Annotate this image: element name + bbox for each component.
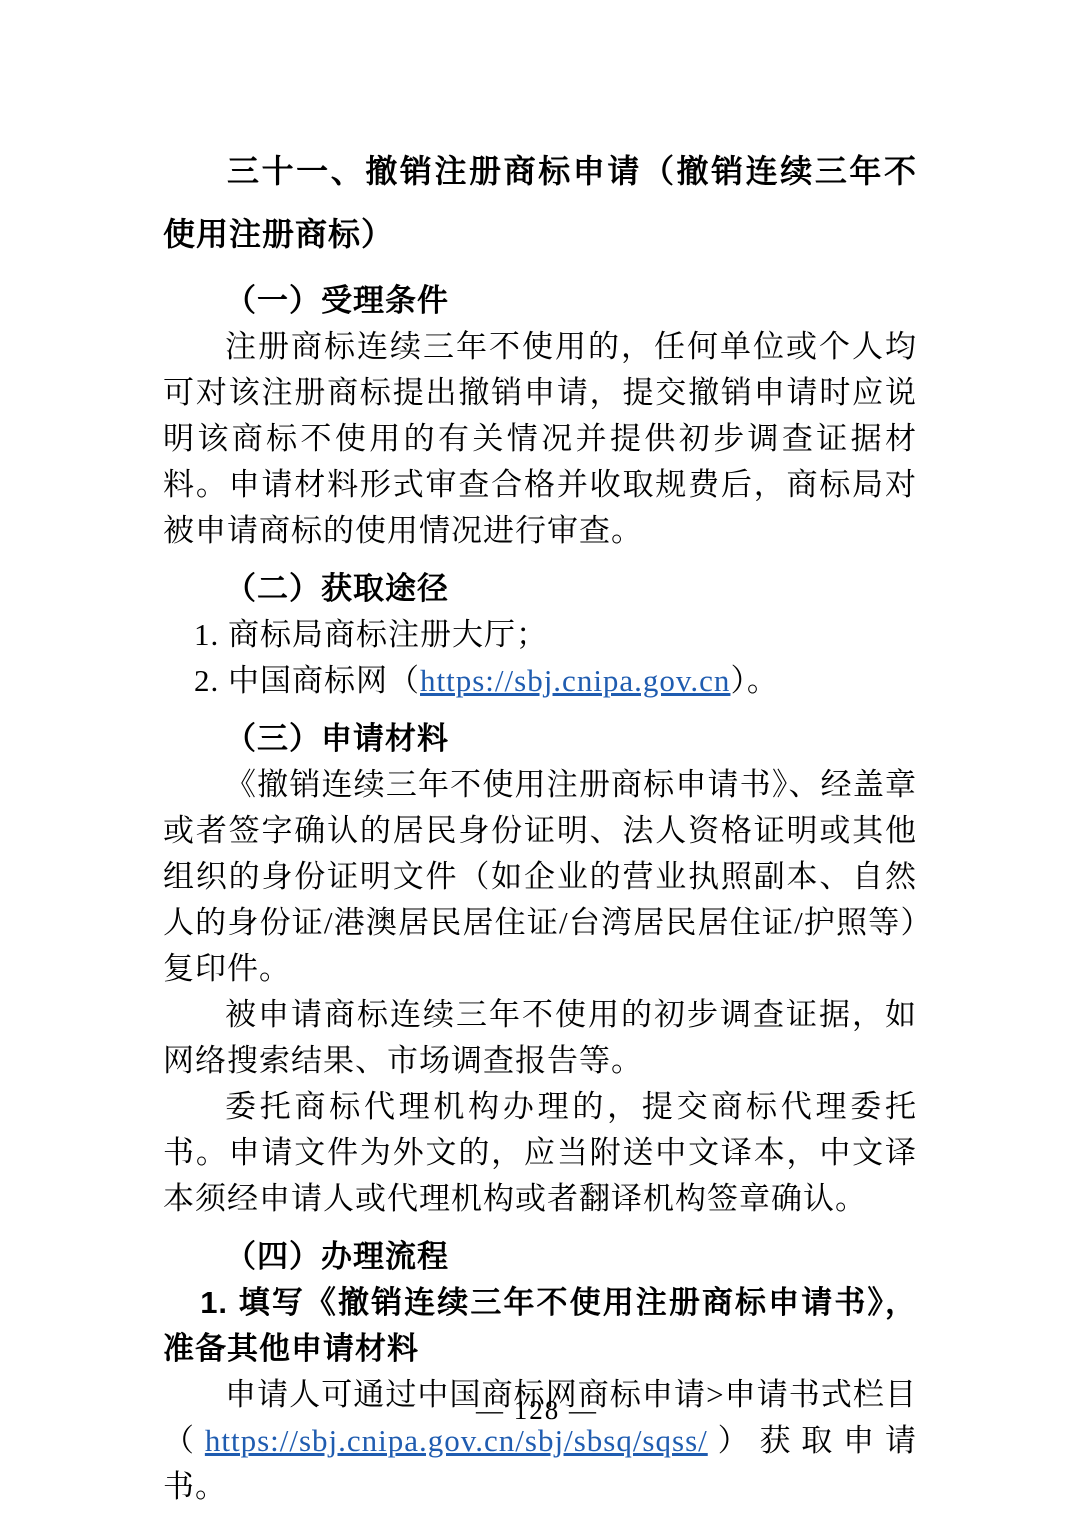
document-title: 三十一、撤销注册商标申请（撤销连续三年不使用注册商标）	[163, 140, 917, 266]
list-item-prefix: 2. 中国商标网（	[194, 663, 420, 698]
section-processing-procedure: （四）办理流程 1. 填写《撤销连续三年不使用注册商标申请书》，准备其他申请材料…	[163, 1234, 917, 1510]
page-number: — 128 —	[0, 1390, 1074, 1430]
section-heading-processing-procedure: （四）办理流程	[163, 1234, 917, 1280]
list-item-suffix: ）。	[730, 663, 779, 698]
section-heading-obtain-channels: （二）获取途径	[163, 566, 917, 612]
section-acceptance-conditions: （一）受理条件 注册商标连续三年不使用的，任何单位或个人均可对该注册商标提出撤销…	[163, 278, 917, 554]
section-heading-acceptance-conditions: （一）受理条件	[163, 278, 917, 324]
paragraph-preliminary-evidence: 被申请商标连续三年不使用的初步调查证据，如网络搜索结果、市场调查报告等。	[163, 992, 917, 1084]
paragraph-required-documents: 《撤销连续三年不使用注册商标申请书》、经盖章或者签字确认的居民身份证明、法人资格…	[163, 762, 917, 992]
document-page: 三十一、撤销注册商标申请（撤销连续三年不使用注册商标） （一）受理条件 注册商标…	[0, 0, 1074, 1520]
paragraph-agency-and-translation: 委托商标代理机构办理的，提交商标代理委托书。申请文件为外文的，应当附送中文译本，…	[163, 1084, 917, 1222]
section-application-materials: （三）申请材料 《撤销连续三年不使用注册商标申请书》、经盖章或者签字确认的居民身…	[163, 716, 917, 1222]
trademark-site-link[interactable]: https://sbj.cnipa.gov.cn	[420, 663, 730, 698]
list-item-trademark-hall: 1. 商标局商标注册大厅；	[163, 612, 917, 658]
section-obtain-channels: （二）获取途径 1. 商标局商标注册大厅； 2. 中国商标网（https://s…	[163, 566, 917, 704]
list-item-trademark-website: 2. 中国商标网（https://sbj.cnipa.gov.cn）。	[163, 658, 917, 704]
section-heading-application-materials: （三）申请材料	[163, 716, 917, 762]
paragraph-acceptance-conditions: 注册商标连续三年不使用的，任何单位或个人均可对该注册商标提出撤销申请，提交撤销申…	[163, 324, 917, 554]
step-fill-application-form: 1. 填写《撤销连续三年不使用注册商标申请书》，准备其他申请材料	[163, 1280, 917, 1372]
